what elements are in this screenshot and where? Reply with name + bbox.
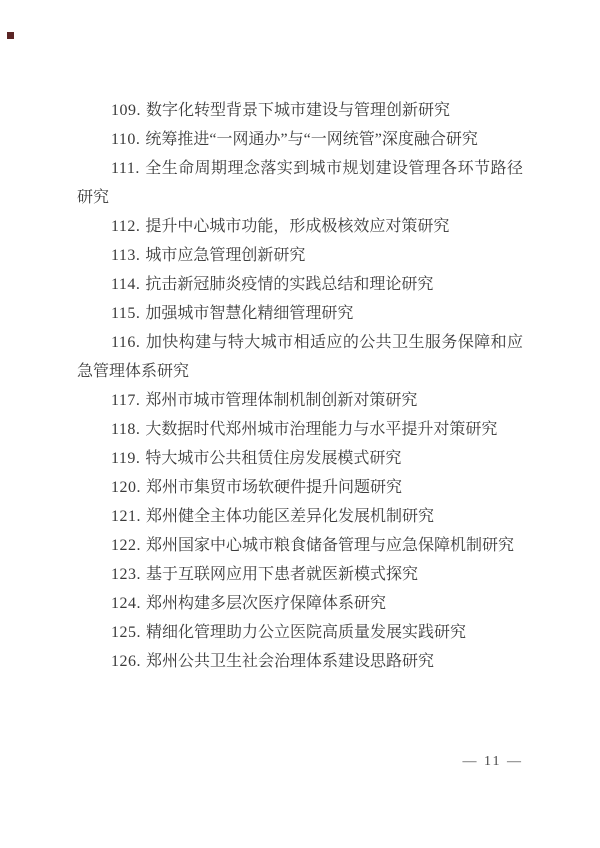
topic-text: 统筹推进“一网通办”与“一网统管”深度融合研究 — [145, 131, 477, 148]
topic-number: 113. — [111, 247, 140, 264]
topic-number: 126. — [111, 653, 141, 670]
topic-number: 110. — [111, 131, 140, 148]
topic-item: 117.郑州市城市管理体制机制创新对策研究 — [77, 386, 523, 415]
topic-item: 110.统筹推进“一网通办”与“一网统管”深度融合研究 — [77, 125, 523, 154]
topic-text: 提升中心城市功能，形成极核效应对策研究 — [145, 218, 449, 235]
topic-item: 119.特大城市公共租赁住房发展模式研究 — [77, 444, 523, 473]
topic-text: 特大城市公共租赁住房发展模式研究 — [145, 450, 401, 467]
topic-item: 122.郑州国家中心城市粮食储备管理与应急保障机制研究 — [77, 531, 523, 560]
topic-item: 126.郑州公共卫生社会治理体系建设思路研究 — [77, 647, 523, 676]
topic-text: 抗击新冠肺炎疫情的实践总结和理论研究 — [145, 276, 433, 293]
topic-number: 120. — [111, 479, 141, 496]
topic-text: 郑州国家中心城市粮食储备管理与应急保障机制研究 — [146, 537, 514, 554]
document-page: 109.数字化转型背景下城市建设与管理创新研究 110.统筹推进“一网通办”与“… — [0, 0, 600, 848]
topic-number: 121. — [111, 508, 141, 525]
topic-item: 113.城市应急管理创新研究 — [77, 241, 523, 270]
topic-item: 120.郑州市集贸市场软硬件提升问题研究 — [77, 473, 523, 502]
topic-item: 123.基于互联网应用下患者就医新模式探究 — [77, 560, 523, 589]
page-number: — 11 — — [463, 754, 523, 769]
topic-item: 118.大数据时代郑州城市治理能力与水平提升对策研究 — [77, 415, 523, 444]
topic-item: 121.郑州健全主体功能区差异化发展机制研究 — [77, 502, 523, 531]
topic-text: 精细化管理助力公立医院高质量发展实践研究 — [146, 624, 466, 641]
topic-number: 116. — [111, 334, 140, 351]
topic-item: 109.数字化转型背景下城市建设与管理创新研究 — [77, 96, 523, 125]
topic-text: 大数据时代郑州城市治理能力与水平提升对策研究 — [145, 421, 497, 438]
topic-list: 109.数字化转型背景下城市建设与管理创新研究 110.统筹推进“一网通办”与“… — [77, 96, 523, 676]
topic-text: 数字化转型背景下城市建设与管理创新研究 — [146, 102, 450, 119]
topic-number: 124. — [111, 595, 141, 612]
topic-text: 郑州市城市管理体制机制创新对策研究 — [145, 392, 417, 409]
page-footer: — 11 — — [463, 753, 523, 771]
topic-item: 112.提升中心城市功能，形成极核效应对策研究 — [77, 212, 523, 241]
topic-number: 125. — [111, 624, 141, 641]
topic-number: 123. — [111, 566, 141, 583]
topic-text: 郑州市集贸市场软硬件提升问题研究 — [146, 479, 402, 496]
topic-item: 125.精细化管理助力公立医院高质量发展实践研究 — [77, 618, 523, 647]
topic-number: 111. — [111, 160, 140, 177]
topic-item: 116.加快构建与特大城市相适应的公共卫生服务保障和应急管理体系研究 — [77, 328, 523, 386]
topic-text: 城市应急管理创新研究 — [145, 247, 305, 264]
scan-artifact-mark — [7, 32, 14, 39]
topic-item: 111.全生命周期理念落实到城市规划建设管理各环节路径研究 — [77, 154, 523, 212]
topic-text: 郑州公共卫生社会治理体系建设思路研究 — [146, 653, 434, 670]
topic-text: 基于互联网应用下患者就医新模式探究 — [146, 566, 418, 583]
topic-number: 122. — [111, 537, 141, 554]
topic-number: 119. — [111, 450, 140, 467]
topic-item: 124.郑州构建多层次医疗保障体系研究 — [77, 589, 523, 618]
topic-text: 郑州健全主体功能区差异化发展机制研究 — [146, 508, 434, 525]
topic-text: 加强城市智慧化精细管理研究 — [145, 305, 353, 322]
topic-item: 114.抗击新冠肺炎疫情的实践总结和理论研究 — [77, 270, 523, 299]
topic-number: 112. — [111, 218, 140, 235]
topic-text: 全生命周期理念落实到城市规划建设管理各环节路径研究 — [77, 160, 523, 206]
topic-number: 114. — [111, 276, 140, 293]
topic-number: 118. — [111, 421, 140, 438]
topic-text: 郑州构建多层次医疗保障体系研究 — [146, 595, 386, 612]
topic-text: 加快构建与特大城市相适应的公共卫生服务保障和应急管理体系研究 — [77, 334, 523, 380]
topic-number: 117. — [111, 392, 140, 409]
topic-number: 115. — [111, 305, 140, 322]
topic-number: 109. — [111, 102, 141, 119]
topic-item: 115.加强城市智慧化精细管理研究 — [77, 299, 523, 328]
